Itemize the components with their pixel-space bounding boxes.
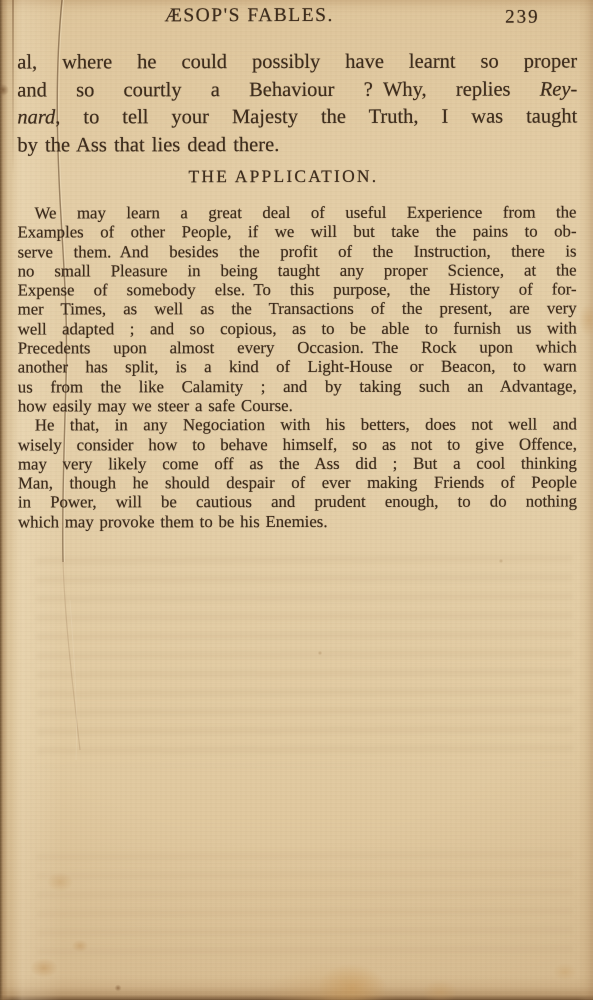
text-segment: Examples of other People, if we will but… — [18, 222, 577, 242]
text-line: serve them. And besides the profit of th… — [18, 241, 577, 261]
text-segment: which may provoke them to be his Enemies… — [18, 512, 328, 532]
text-segment: Man, though he should despair of ever ma… — [18, 473, 577, 493]
text-line: mer Times, as well as the Transactions o… — [18, 299, 577, 319]
text-line: Man, though he should despair of ever ma… — [18, 473, 577, 493]
text-line: by the Ass that lies dead there. — [17, 131, 577, 160]
text-segment: Expense of somebody else. To this purpos… — [18, 280, 577, 300]
application-paragraph-1: We may learn a great deal of useful Expe… — [17, 203, 576, 416]
text-segment: serve them. And besides the profit of th… — [18, 241, 577, 261]
text-line: another has split, is a kind of Light-Ho… — [18, 357, 577, 377]
fable-conclusion-paragraph: al, where he could possibly have learnt … — [17, 49, 577, 160]
text-segment: may very likely come off as the Ass did … — [18, 453, 577, 473]
application-section: We may learn a great deal of useful Expe… — [17, 203, 577, 532]
application-paragraph-2: He that, in any Negociation with his bet… — [18, 415, 577, 532]
text-segment: We may learn a great deal of useful Expe… — [34, 203, 576, 223]
text-line: wisely consider how to behave himself, s… — [18, 434, 577, 454]
text-segment: and so courtly a Behaviour ? Why, replie… — [17, 78, 539, 101]
page-number: 239 — [505, 7, 540, 29]
text-segment: us from the like Calamity ; and by takin… — [18, 376, 577, 396]
text-segment: by the Ass that lies dead there. — [17, 134, 279, 156]
text-line: Precedents upon almost every Occasion. T… — [18, 338, 577, 358]
text-line: no small Pleasure in being taught any pr… — [18, 260, 577, 280]
text-line: and so courtly a Behaviour ? Why, replie… — [17, 76, 577, 105]
text-segment: He that, in any Negociation with his bet… — [35, 415, 577, 435]
text-segment: mer Times, as well as the Transactions o… — [18, 299, 577, 319]
text-segment: Precedents upon almost every Occasion. T… — [18, 338, 577, 358]
text-segment: , to tell your Majesty the Truth, I was … — [55, 106, 577, 129]
text-line: al, where he could possibly have learnt … — [17, 49, 577, 78]
text-line: which may provoke them to be his Enemies… — [18, 511, 577, 531]
text-line: well adapted ; and so copious, as to be … — [18, 318, 577, 338]
text-segment: al, where he could possibly have learnt … — [17, 51, 577, 74]
text-segment: no small Pleasure in being taught any pr… — [18, 260, 577, 280]
text-segment: well adapted ; and so copious, as to be … — [18, 318, 577, 338]
text-line: We may learn a great deal of useful Expe… — [17, 203, 576, 223]
text-segment: another has split, is a kind of Light-Ho… — [18, 357, 577, 377]
text-line: Expense of somebody else. To this purpos… — [18, 280, 577, 300]
text-line: in Power, will be cautious and prudent e… — [18, 492, 577, 512]
text-line: nard, to tell your Majesty the Truth, I … — [17, 104, 577, 133]
italic-text-segment: nard — [17, 107, 55, 129]
book-page-scan: ÆSOP'S FABLES. 239 al, where he could po… — [0, 0, 593, 1000]
printed-text-layer: ÆSOP'S FABLES. 239 al, where he could po… — [0, 0, 593, 1000]
text-segment: in Power, will be cautious and prudent e… — [18, 492, 577, 512]
italic-text-segment: Rey- — [540, 78, 578, 100]
application-heading: THE APPLICATION. — [5, 166, 561, 188]
text-line: He that, in any Negociation with his bet… — [18, 415, 577, 435]
text-line: us from the like Calamity ; and by takin… — [18, 376, 577, 396]
text-line: how easily may we steer a safe Course. — [18, 395, 577, 415]
running-header: ÆSOP'S FABLES. — [0, 5, 499, 28]
text-segment: how easily may we steer a safe Course. — [18, 396, 293, 415]
text-line: may very likely come off as the Ass did … — [18, 453, 577, 473]
text-line: Examples of other People, if we will but… — [18, 222, 577, 242]
text-segment: wisely consider how to behave himself, s… — [18, 434, 577, 454]
